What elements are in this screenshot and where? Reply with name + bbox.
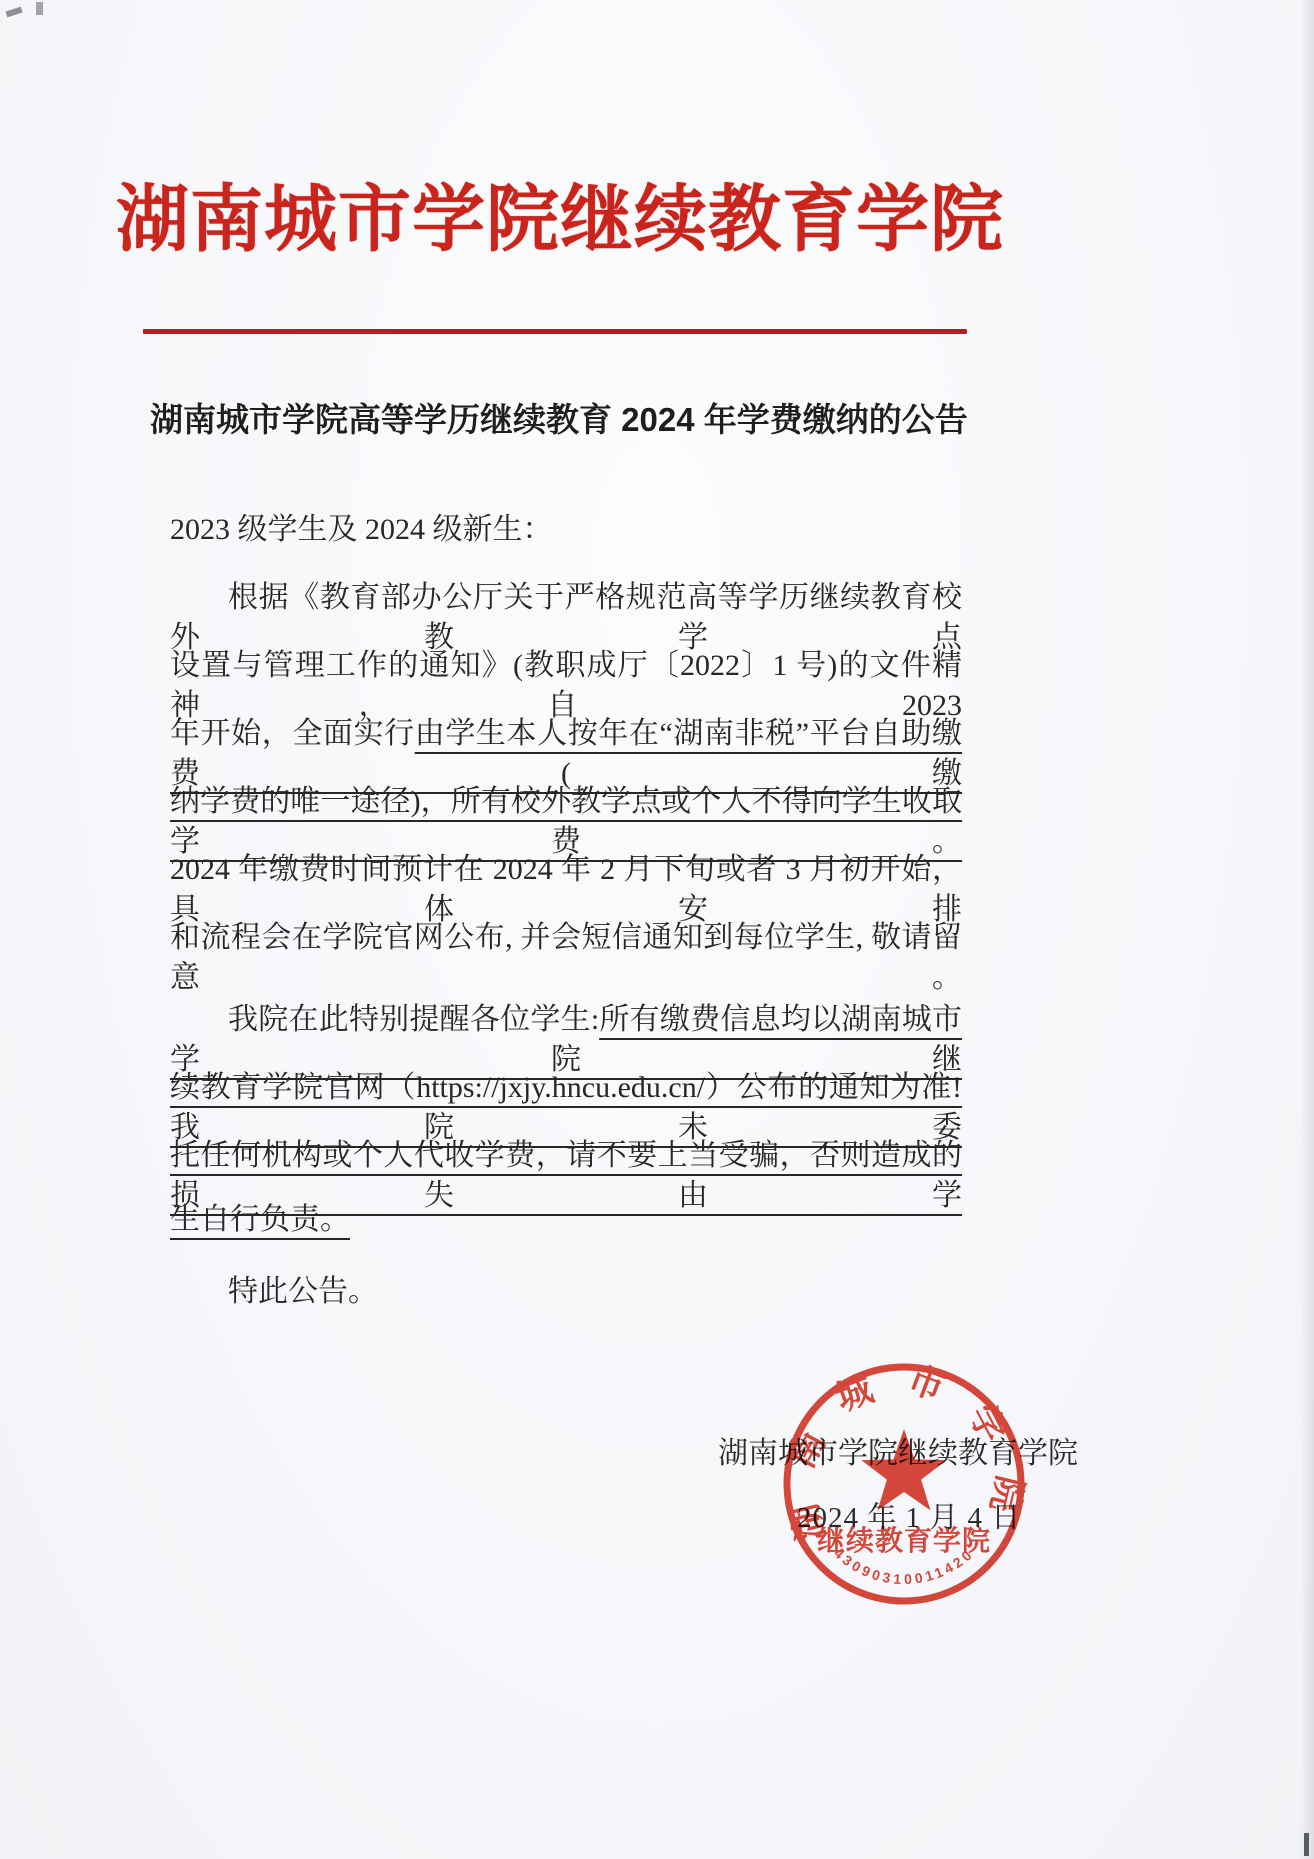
body-line: 生自行负责。 [170,1200,962,1240]
official-seal: 湖南城市学院 继续教育学院 43090310011420 [776,1352,1032,1618]
body-segment: 年开始，全面实行 [170,717,415,750]
letterhead-rule [143,329,967,334]
body-segment-underlined: 续教育学院官网（https://jxjy.hncu.edu.cn/）公布的通知为… [170,1071,962,1144]
document-title: 湖南城市学院高等学历继续教育 2024 年学费缴纳的公告 [150,394,956,441]
letterhead-title: 湖南城市学院继续教育学院 [0,160,1120,265]
scan-edge-shadow [1300,0,1314,1859]
body-segment-underlined: 生自行负责。 [170,1203,350,1236]
salutation: 2023 级学生及 2024 级新生： [170,510,962,550]
body-segment: 我院在此特别提醒各位学生: [228,1003,599,1036]
body-line: 和流程会在学院官网公布, 并会短信通知到每位学生, 敬请留意。 [170,918,962,998]
body-segment-underlined: 纳学费的唯一途径)，所有校外教学点或个人不得向学生收取学费。 [170,785,962,858]
scanned-announcement-page: 湖南城市学院继续教育学院 湖南城市学院高等学历继续教育 2024 年学费缴纳的公… [0,0,1314,1859]
scan-artifact [5,7,22,18]
scan-artifact [36,2,43,15]
seal-star-icon [861,1429,947,1510]
closing-line: 特此公告。 [170,1272,962,1312]
